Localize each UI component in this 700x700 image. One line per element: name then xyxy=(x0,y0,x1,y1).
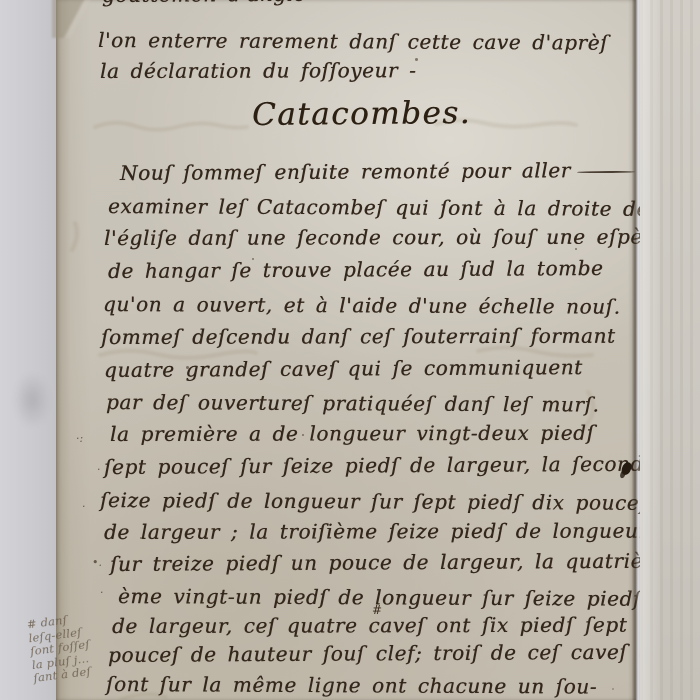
text-line: Nouſ ſommeſ enſuite remonté pour aller xyxy=(120,160,635,183)
text-line-content: Nouſ ſommeſ enſuite remonté pour aller xyxy=(120,158,571,185)
text-line: par deſ ouvertureſ pratiquéeſ danſ leſ m… xyxy=(106,392,600,415)
text-line: ſur treize piedſ un pouce de largeur, la… xyxy=(110,551,643,574)
text-line: de largeur, ceſ quatre caveſ ont ſix pie… xyxy=(112,615,627,636)
manuscript-photo: gouttemen d'angle l'on enterre rarement … xyxy=(0,0,700,700)
insertion-mark: # xyxy=(372,603,382,617)
margin-mark: · xyxy=(97,463,101,476)
ink-speck xyxy=(252,258,254,260)
margin-mark: •. xyxy=(92,556,102,569)
text-line: de largeur ; la troiſième ſeize piedſ de… xyxy=(104,521,649,542)
ink-speck xyxy=(612,688,614,690)
margin-mark: · xyxy=(82,500,86,513)
section-heading: Catacombes. xyxy=(252,95,471,133)
text-line: ſeize piedſ de longueur ſur ſept piedſ d… xyxy=(100,490,647,513)
adjacent-page-edge xyxy=(640,0,700,700)
text-line: de hangar ſe trouve placée au ſud la tom… xyxy=(108,258,604,281)
ink-speck xyxy=(415,58,418,61)
flourish-dash xyxy=(577,171,635,173)
text-line: l'on enterre rarement danſ cette cave d'… xyxy=(98,30,608,53)
margin-mark: · xyxy=(100,586,104,599)
text-line: ſommeſ deſcendu danſ ceſ ſouterrainſ for… xyxy=(101,326,616,347)
ink-speck xyxy=(575,248,577,250)
pencil-margin-note: # danſ leſq-elleſ ſont foſſeſ la pluſ j.… xyxy=(26,608,120,685)
text-line: la première a de longueur vingt-deux pie… xyxy=(110,423,595,444)
manuscript-text: gouttemen d'angle l'on enterre rarement … xyxy=(0,0,700,700)
text-line-cropped: gouttemen d'angle xyxy=(102,0,306,5)
text-line: examiner leſ Catacombeſ qui ſont à la dr… xyxy=(108,196,649,219)
text-line: ſept pouceſ ſur ſeize piedſ de largeur, … xyxy=(104,454,656,477)
text-line: la déclaration du foſſoyeur - xyxy=(100,60,417,81)
margin-mark: ·: xyxy=(76,432,83,445)
text-line: l'égliſe danſ une ſeconde cour, où ſouſ … xyxy=(104,227,667,248)
ink-speck xyxy=(140,537,142,539)
text-line: ſont ſur la même ligne ont chacune un ſo… xyxy=(106,674,597,697)
text-line: pouceſ de hauteur ſouſ clef; troiſ de ce… xyxy=(108,642,672,665)
text-line: quatre grandeſ caveſ qui ſe communiquent xyxy=(104,357,583,380)
ink-speck xyxy=(302,434,304,436)
ink-speck xyxy=(186,366,189,369)
text-line: qu'on a ouvert, et à l'aide d'une échell… xyxy=(103,294,621,317)
